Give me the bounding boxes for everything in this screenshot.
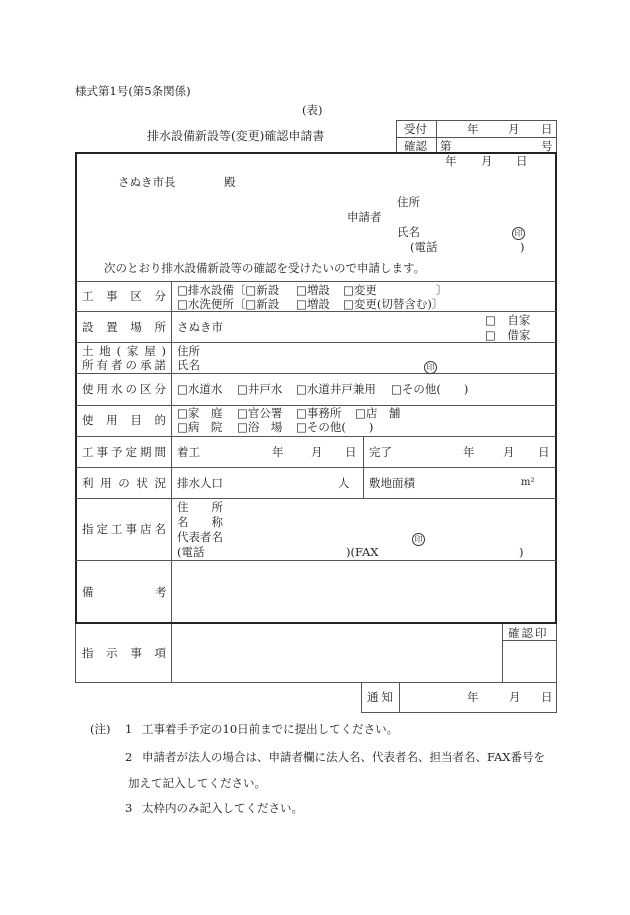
notice-label: 通知	[367, 690, 396, 704]
label-purpose: 使用目的	[82, 413, 166, 427]
schedule-start-label: 着工	[177, 445, 200, 459]
honorific: 殿	[224, 175, 236, 189]
receipt-year: 年	[467, 122, 479, 136]
work-type-toilet-expand[interactable]: □増設	[296, 297, 330, 311]
notes-prefix: (注)	[90, 722, 110, 736]
label-remarks-right: 考	[155, 585, 167, 599]
water-both-checkbox[interactable]: □水道井戸兼用	[296, 382, 376, 396]
notice-day: 日	[541, 690, 553, 704]
note-2-num: 2	[125, 750, 132, 764]
water-tap-checkbox[interactable]: □水道水	[177, 382, 222, 396]
location-rent-checkbox[interactable]: □ 借家	[485, 328, 530, 342]
label-water-source: 使用水の区分	[82, 382, 166, 396]
note-2-cont: 加えて記入してください。	[128, 776, 266, 790]
population-unit[interactable]: 人	[338, 476, 350, 490]
population-label: 排水人口	[177, 476, 223, 490]
label-owner-line1: 土地(家屋)	[82, 344, 166, 358]
work-type-toilet[interactable]: □水洗便所〔□新設	[177, 297, 279, 311]
applicant-address-label[interactable]: 住所	[397, 195, 420, 209]
label-owner-line2: 所有者の承諾	[82, 358, 166, 372]
label-contractor: 指定工事店名	[82, 522, 166, 536]
note-3-num: 3	[125, 801, 132, 815]
applicant-name-label[interactable]: 氏名	[397, 225, 420, 239]
form-side: (表)	[302, 103, 322, 117]
app-date-year[interactable]: 年	[445, 154, 457, 168]
label-location: 設置場所	[82, 320, 166, 334]
owner-address-label[interactable]: 住所	[177, 344, 200, 358]
confirm-prefix: 第	[440, 139, 452, 153]
contractor-phone-label[interactable]: (電話	[177, 545, 205, 559]
end-year[interactable]: 年	[463, 445, 475, 459]
receipt-day: 日	[541, 122, 553, 136]
applicant-phone-label[interactable]: (電話	[410, 240, 438, 254]
contractor-name-label[interactable]: 名 称	[177, 515, 223, 529]
application-statement: 次のとおり排水設備新設等の確認を受けたいので申請します。	[104, 261, 425, 275]
start-month[interactable]: 月	[311, 445, 323, 459]
form-number: 様式第1号(第5条関係)	[75, 84, 191, 98]
page-title: 排水設備新設等(変更)確認申請書	[147, 129, 324, 143]
label-instructions: 指示事項	[82, 646, 166, 660]
note-1-text: 工事着手予定の10日前までに提出してください。	[142, 722, 398, 736]
note-3-text: 太枠内のみ記入してください。	[142, 801, 303, 815]
purpose-office-checkbox[interactable]: □事務所	[296, 406, 341, 420]
purpose-other-checkbox[interactable]: □その他( )	[296, 420, 373, 434]
addressee: さぬき市長	[118, 175, 176, 189]
label-usage: 利用の状況	[82, 476, 166, 490]
start-day[interactable]: 日	[345, 445, 357, 459]
receipt-label: 受付	[404, 122, 427, 136]
app-date-day[interactable]: 日	[516, 154, 528, 168]
contractor-rep-label[interactable]: 代表者名	[177, 530, 223, 544]
remarks-input[interactable]	[172, 561, 555, 622]
work-type-drainage-expand[interactable]: □増設	[296, 283, 330, 297]
schedule-end-label: 完了	[369, 445, 392, 459]
location-own-checkbox[interactable]: □ 自家	[485, 313, 530, 327]
stamp-label: 確認印	[508, 626, 549, 640]
receipt-month: 月	[508, 122, 520, 136]
area-label: 敷地面積	[369, 476, 415, 490]
label-remarks-left: 備	[82, 585, 94, 599]
bracket-close: 〕	[436, 283, 448, 297]
purpose-hospital-checkbox[interactable]: □病 院	[177, 420, 222, 434]
label-schedule: 工事予定期間	[82, 445, 166, 459]
note-2-text: 申請者が法人の場合は、申請者欄に法人名、代表者名、担当者名、FAX番号を	[142, 750, 545, 764]
purpose-office-gov-checkbox[interactable]: □官公署	[237, 406, 282, 420]
applicant-label: 申請者	[347, 210, 382, 224]
water-other-checkbox[interactable]: □その他( )	[391, 382, 468, 396]
start-year[interactable]: 年	[272, 445, 284, 459]
label-work-type: 工事区分	[82, 289, 166, 303]
purpose-shop-checkbox[interactable]: □店 舗	[355, 406, 400, 420]
area-unit[interactable]: m²	[521, 476, 535, 490]
contractor-fax-label[interactable]: )(FAX	[346, 545, 378, 559]
fax-close: )	[519, 545, 524, 559]
seal-icon: 印	[412, 533, 425, 546]
purpose-bath-checkbox[interactable]: □浴 場	[237, 420, 282, 434]
end-month[interactable]: 月	[503, 445, 515, 459]
owner-name-label[interactable]: 氏名	[177, 358, 200, 372]
app-date-month[interactable]: 月	[481, 154, 493, 168]
notice-month: 月	[509, 690, 521, 704]
end-day[interactable]: 日	[538, 445, 550, 459]
seal-icon: 印	[424, 361, 437, 374]
confirm-suffix: 号	[541, 139, 553, 153]
instructions-input	[172, 624, 501, 682]
seal-icon: 印	[512, 227, 525, 240]
work-type-toilet-change[interactable]: □変更(切替含む)〕	[343, 297, 443, 311]
notice-year: 年	[467, 690, 479, 704]
work-type-drainage[interactable]: □排水設備〔□新設	[177, 283, 279, 297]
confirm-label: 確認	[404, 139, 427, 153]
work-type-drainage-change[interactable]: □変更	[343, 283, 377, 297]
note-1-num: 1	[125, 722, 132, 736]
purpose-home-checkbox[interactable]: □家 庭	[177, 406, 222, 420]
location-value[interactable]: さぬき市	[177, 320, 223, 334]
phone-close: )	[520, 240, 525, 254]
contractor-address-label[interactable]: 住 所	[177, 500, 223, 514]
water-well-checkbox[interactable]: □井戸水	[237, 382, 282, 396]
